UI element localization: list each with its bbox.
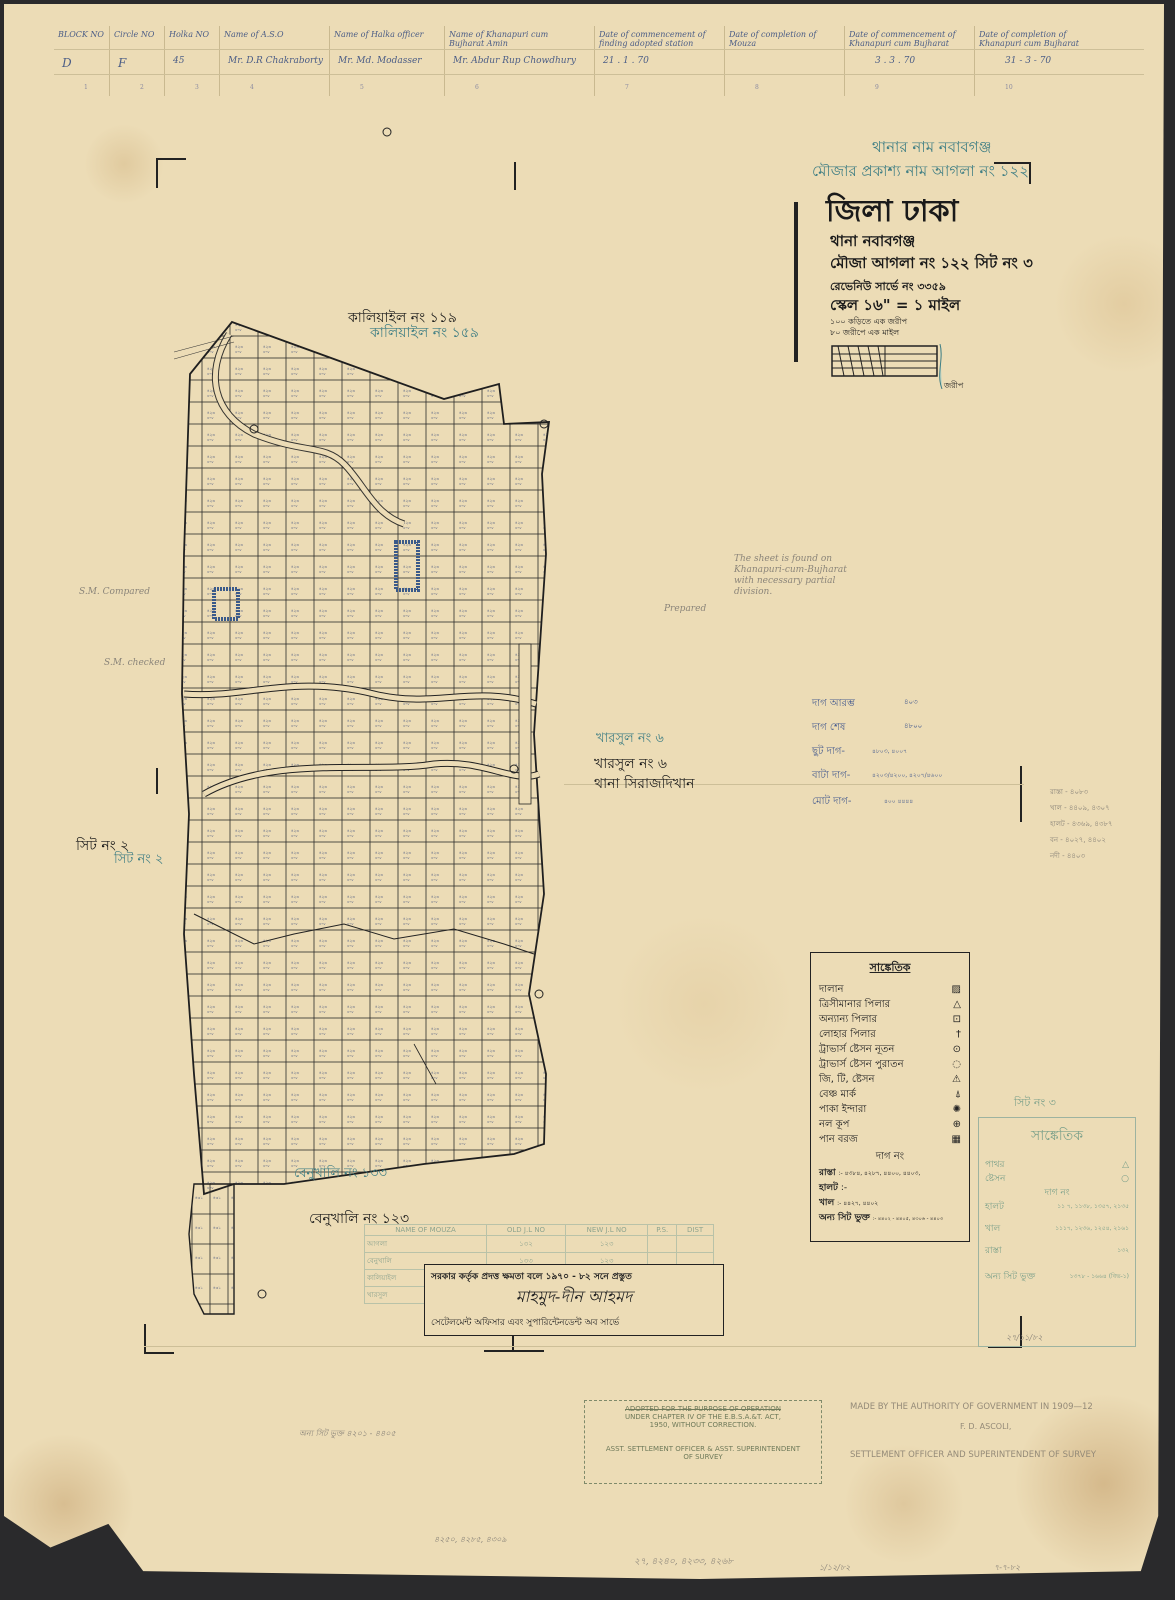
frame-tick-right — [1020, 766, 1022, 822]
grid-line — [144, 1346, 1024, 1347]
officer-signature: মাহমুদ-দীন আহমদ — [431, 1284, 717, 1311]
col-date-completion-mouza: Date of completion of Mouza 8 — [724, 26, 845, 96]
masonry-well-icon: ✺ — [953, 1102, 961, 1117]
legend-item: দালান▨ — [819, 982, 961, 997]
legend-subtitle: দাগ নং — [819, 1149, 961, 1166]
sheet3-label: সিট নং ৩ — [1014, 1094, 1056, 1113]
other-pillar-icon: ⊡ — [953, 1012, 961, 1027]
pencil-notes-right: রাস্তা - ৪০৮৩ খাল - ৪৪০৯, ৪৩০৭ হালট - ৪৩… — [1050, 784, 1113, 864]
frame-corner-bl — [144, 1324, 146, 1354]
pencil-note: S.M. checked — [104, 658, 165, 668]
frame-tick-left — [156, 768, 158, 794]
building-icon: ▨ — [952, 982, 961, 997]
scale-bar-icon — [830, 344, 960, 389]
bench-mark-icon: ⍋ — [955, 1087, 961, 1102]
west-neighbor-label-blue: সিট নং ২ — [114, 850, 163, 871]
legend-box: সাঙ্কেতিক দালান▨ ত্রিসীমানার পিলার△ অন্য… — [810, 952, 970, 1242]
frame-tick-top — [514, 162, 516, 190]
scale-note: ৮০ জরীপে এক মাইল — [830, 327, 899, 340]
col-date-khanapuri-start: Date of commencement of Khanapuri cum Bu… — [844, 26, 975, 96]
legend-item: অন্যান্য পিলার⊡ — [819, 1012, 961, 1027]
frame-tick-bottom — [484, 1350, 544, 1352]
pencil-note: S.M. Compared — [79, 587, 150, 597]
mouza-title: মৌজা আগলা নং ১২২ সিট নং ৩ — [830, 252, 1033, 277]
east-thana-label: থানা সিরাজদিখান — [594, 772, 695, 796]
legend-plot-rows: রাস্তা :- ৪৩৮৪, ৪২৮৭, ৪৪০০, ৪৪০৩, হালট :… — [819, 1166, 961, 1227]
pencil-note: ৪২৫০, ৪২৮৫, ৪৩০৯ — [434, 1534, 507, 1547]
old-legend-box: সাঙ্কেতিক পাথর△ ষ্টেসন○ দাগ নং হালট১১ ৭,… — [978, 1117, 1136, 1347]
old-traverse-station-icon: ◌ — [952, 1057, 961, 1072]
old-legend-title: সাঙ্কেতিক — [985, 1124, 1129, 1148]
legend-item: বেঞ্চ মার্ক⍋ — [819, 1087, 961, 1102]
legend-item: নল কূপ⊕ — [819, 1117, 961, 1132]
record-header-table: BLOCK NO D 1 Circle NO F 2 Holka NO 45 3… — [54, 26, 1144, 96]
col-block: BLOCK NO D 1 — [54, 26, 109, 96]
legend-item: জি, টি, ষ্টেসন⚠ — [819, 1072, 961, 1087]
tri-junction-pillar-icon: △ — [953, 997, 961, 1012]
survey-authority-stamp: সরকার কর্তৃক প্রদত্ত ক্ষমতা বলে ১৯৭০ - ৮… — [424, 1264, 724, 1336]
tube-well-icon: ⊕ — [953, 1117, 961, 1132]
blue-thana-label: থানার নাম নবাবগঞ্জ — [872, 136, 991, 161]
traverse-station-icon — [379, 124, 395, 140]
pencil-date: ২৭/১১/৮২ — [1006, 1332, 1043, 1345]
map-sheet: BLOCK NO D 1 Circle NO F 2 Holka NO 45 3… — [4, 4, 1164, 1579]
col-date-khanapuri-end: Date of completion of Khanapuri cum Bujh… — [974, 26, 1145, 96]
iron-pillar-icon: † — [956, 1027, 961, 1042]
pencil-note: ২৭, ৪২৪০, ৪২৩৩, ৪২৬৮ — [634, 1554, 733, 1569]
new-traverse-station-icon: ⊙ — [953, 1042, 961, 1057]
pencil-date: ১/১২/৮২ — [819, 1562, 850, 1575]
frame-corner-tl — [156, 158, 158, 188]
frame-corner-bl — [144, 1352, 174, 1354]
col-holka: Holka NO 45 3 — [164, 26, 220, 96]
legend-item: ট্রাভার্স ষ্টেসন নূতন⊙ — [819, 1042, 961, 1057]
pencil-note: The sheet is found on Khanapuri-cum-Bujh… — [734, 554, 854, 598]
adopted-stamp: ADOPTED FOR THE PURPOSE OF OPERATION UND… — [584, 1400, 822, 1484]
legend-item: লোহার পিলার† — [819, 1027, 961, 1042]
pencil-note: অন্য সিট ভুক্ত ৪২০১ - ৪৪০৫ — [299, 1428, 396, 1441]
gt-station-icon: ⚠ — [952, 1072, 961, 1087]
north-neighbor-label-blue: কালিয়াইল নং ১৫৯ — [370, 321, 479, 345]
cadastral-map: ৪২৩ ৪০৮ ৪৩১ — [174, 314, 574, 1344]
east-neighbor-label-blue: খারসুল নং ৬ — [596, 729, 664, 750]
frame-corner-tl — [156, 158, 186, 160]
col-aso: Name of A.S.O Mr. D.R Chakraborty 4 — [219, 26, 330, 96]
col-halka-officer: Name of Halka officer Mr. Md. Modasser 5 — [329, 26, 445, 96]
table-row: আগলা১৩২১২৩ — [365, 1236, 714, 1253]
authority-name: F. D. ASCOLI, — [960, 1422, 1011, 1431]
legend-title: সাঙ্কেতিক — [819, 959, 961, 978]
authority-made-by: MADE BY THE AUTHORITY OF GOVERNMENT IN 1… — [850, 1402, 1093, 1412]
pencil-date: ৭-৭-৮২ — [994, 1562, 1020, 1575]
authority-title: SETTLEMENT OFFICER AND SUPERINTENDENT OF… — [850, 1450, 1096, 1460]
col-circle: Circle NO F 2 — [109, 26, 165, 96]
blue-mouza-label: মৌজার প্রকাশ্য নাম আগলা নং ১২২ — [812, 160, 1029, 185]
title-bracket — [794, 202, 798, 362]
legend-item: পান বরজ▦ — [819, 1132, 961, 1147]
legend-item: ত্রিসীমানার পিলার△ — [819, 997, 961, 1012]
frame-corner-tr — [1029, 162, 1031, 184]
betel-garden-icon: ▦ — [952, 1132, 961, 1147]
scale-unit: জরীপ — [944, 380, 963, 393]
pencil-note: Prepared — [664, 604, 706, 614]
legend-item: ট্রাভার্স ষ্টেসন পুরাতন◌ — [819, 1057, 961, 1072]
header-divider — [54, 74, 1144, 75]
col-date-commencement: Date of commencement of finding adopted … — [594, 26, 725, 96]
header-divider — [54, 49, 1144, 50]
legend-item: পাকা ইন্দারা✺ — [819, 1102, 961, 1117]
south-neighbor-label-blue: বেনুখালি নং ১৩৩ — [294, 1164, 387, 1185]
col-amin: Name of Khanapuri cum Bujharat Amin Mr. … — [444, 26, 595, 96]
